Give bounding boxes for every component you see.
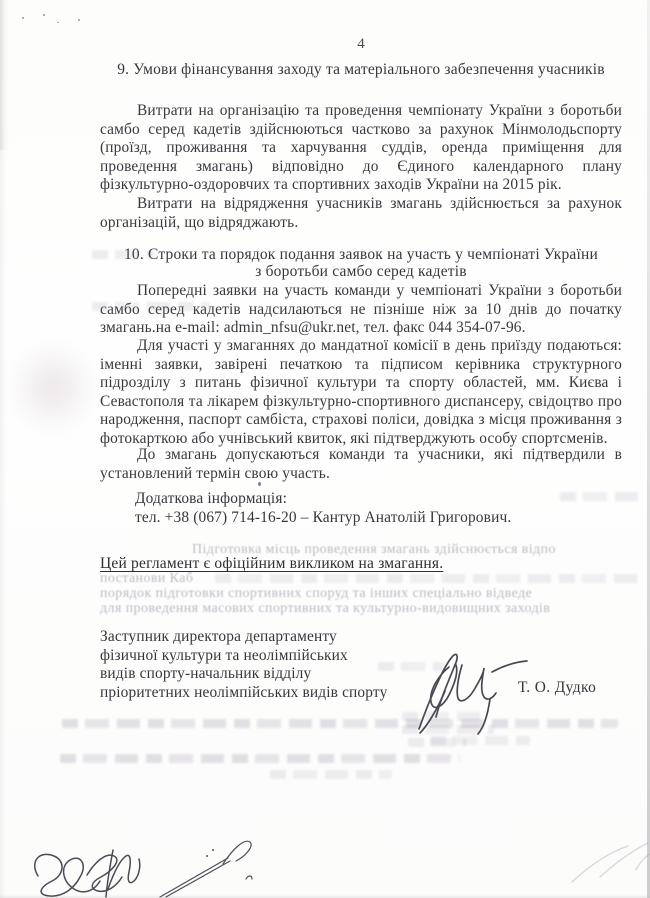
scanned-document-page: 4 9. Умови фінансування заходу та матері… <box>0 0 650 898</box>
pen-scribble <box>160 841 252 897</box>
handwritten-ink-layer <box>0 0 650 898</box>
faint-scribble <box>572 843 650 882</box>
pen-scribble <box>106 850 140 897</box>
official-signature <box>419 654 527 734</box>
